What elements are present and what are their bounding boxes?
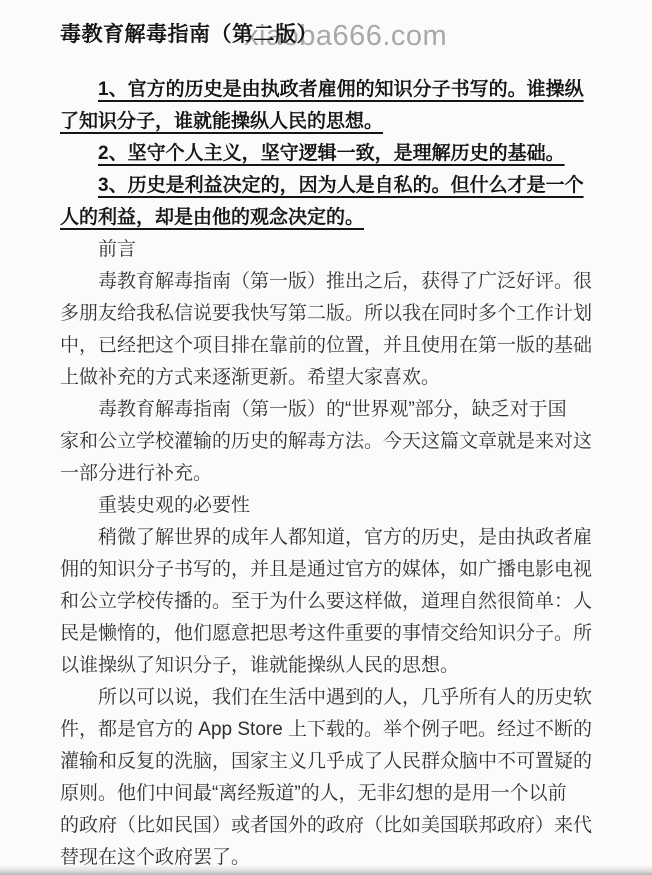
- history-paragraph-2: 所以可以说，我们在生活中遇到的人，几乎所有人的历史软 件，都是官方的 App S…: [60, 682, 597, 874]
- preface-paragraph-1: 毒教育解毒指南（第一版）推出之后，获得了广泛好评。很 多朋友给我私信说要我快写第…: [60, 266, 597, 394]
- preface-paragraph-2: 毒教育解毒指南（第一版）的“世界观”部分，缺乏对于国 家和公立学校灌输的历史的解…: [60, 394, 597, 490]
- history-section-heading: 重装史观的必要性: [60, 490, 597, 522]
- preface-heading: 前言: [60, 234, 597, 266]
- principle-item-3: 3、历史是利益决定的，因为人是自私的。但什么才是一个 人的利益，却是由他的观念决…: [60, 170, 597, 234]
- principle-item-1: 1、官方的历史是由执政者雇佣的知识分子书写的。谁操纵 了知识分子，谁就能操纵人民…: [60, 74, 597, 138]
- history-paragraph-1: 稍微了解世界的成年人都知道，官方的历史，是由执政者雇 佣的知识分子书写的，并且是…: [60, 522, 597, 682]
- document-page: xiaoba666.com 毒教育解毒指南（第二版） 1、官方的历史是由执政者雇…: [0, 0, 652, 875]
- principle-item-2: 2、坚守个人主义，坚守逻辑一致，是理解历史的基础。: [60, 138, 597, 170]
- page-title: 毒教育解毒指南（第二版）: [60, 20, 597, 50]
